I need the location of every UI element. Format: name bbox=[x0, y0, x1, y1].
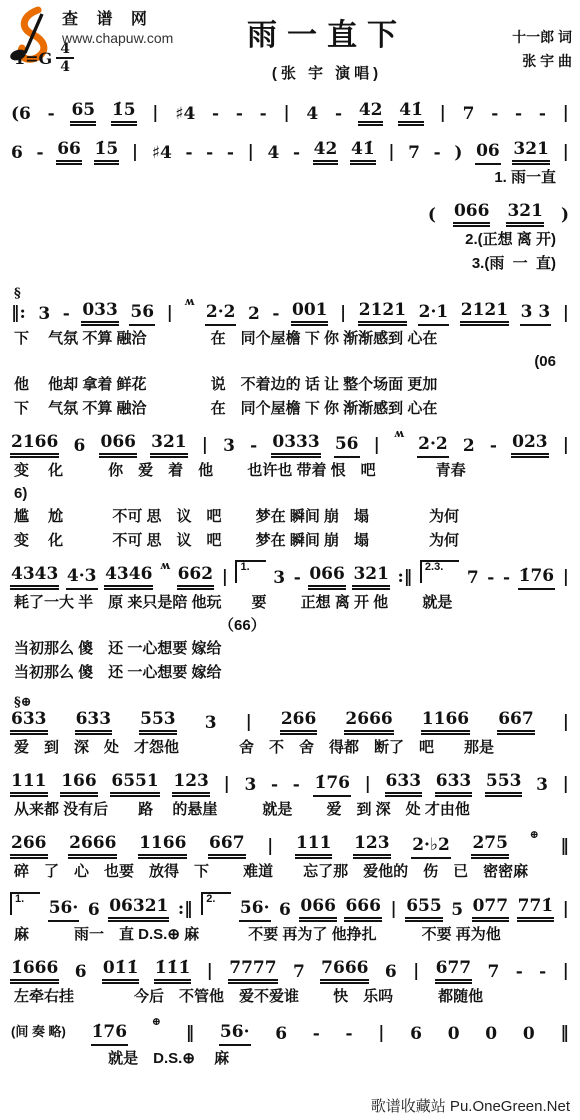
note-group: 0 bbox=[484, 1026, 498, 1046]
note-group: 6 bbox=[409, 1026, 423, 1046]
note-group: 6 bbox=[10, 145, 24, 165]
note-group: 3 bbox=[37, 306, 51, 326]
note-group: 033 bbox=[81, 302, 119, 326]
lyrics-line: 1. 雨一直 bbox=[14, 168, 570, 188]
note-group: - bbox=[36, 145, 45, 165]
note-group: 06321 bbox=[108, 898, 169, 922]
volta-bracket: 1. bbox=[235, 560, 265, 584]
barline: | bbox=[562, 901, 570, 922]
lyrics-line: 当初那么 傻 还 一心想要 嫁给 bbox=[14, 663, 570, 683]
barline: | bbox=[562, 963, 570, 984]
note-group: - bbox=[486, 570, 495, 590]
note-group: 6 bbox=[72, 438, 86, 458]
note-group: - bbox=[433, 145, 442, 165]
notation-line: 6-661̇5|♯4---|4-4241̇|7-)06321| bbox=[10, 139, 570, 165]
note-group: 7 bbox=[487, 964, 501, 984]
note-group: 1̇5 bbox=[94, 141, 120, 165]
barline: | bbox=[223, 776, 231, 797]
time-denominator: 4 bbox=[60, 59, 70, 74]
system-pickup: (066321)2.(正想 离 开)3.(雨 一 直) bbox=[10, 201, 570, 274]
note-group: - bbox=[538, 106, 547, 126]
note-group: 2666 bbox=[344, 711, 393, 735]
lyrics-line: 下 气氛 不算 融洽 在 同个屋檐 下 你 渐渐感到 心在 bbox=[14, 399, 570, 419]
note-group: 5 bbox=[450, 902, 464, 922]
note-group: - bbox=[205, 145, 214, 165]
note-group: 2121 bbox=[460, 302, 509, 326]
note-group: 066 bbox=[299, 898, 337, 922]
barline: | bbox=[562, 437, 570, 458]
note-group: 6 bbox=[87, 902, 101, 922]
barline: ‖ bbox=[559, 1025, 570, 1046]
note-group: 2166 bbox=[10, 434, 59, 458]
note-group: (6 bbox=[10, 106, 32, 126]
barline: | bbox=[206, 963, 214, 984]
note-group: 3 bbox=[535, 777, 549, 797]
lyrics-line: 就是 D.S.⊕ 麻 bbox=[14, 1049, 570, 1069]
barline: | bbox=[377, 1025, 385, 1046]
barline: | bbox=[389, 901, 397, 922]
note-group: - bbox=[249, 438, 258, 458]
system-coda: (间 奏 略)1̇76⊕‖56·6--|6000‖ 就是 D.S.⊕ 麻 bbox=[10, 1020, 570, 1069]
note-group: 111 bbox=[10, 773, 48, 797]
performer-subtitle: (张 宇 演唱) bbox=[178, 62, 476, 83]
note-group: 3 3 bbox=[520, 304, 552, 326]
lyrics-line: (06 bbox=[14, 352, 570, 372]
note-group: 275 bbox=[471, 835, 509, 859]
note-group: 56· bbox=[219, 1024, 251, 1046]
note-group: 0 bbox=[522, 1026, 536, 1046]
note-group: - bbox=[292, 777, 301, 797]
note-group: 266 bbox=[10, 835, 48, 859]
note-group: 667 bbox=[497, 711, 535, 735]
notation-line: 26626661166667|1111232·♭2275⊕‖ bbox=[10, 833, 570, 859]
note-group: 1̇5 bbox=[111, 102, 137, 126]
lyrics-line: 爱 到 深 处 才怨他 舍 不 舍 得都 断了 吧 那是 bbox=[14, 738, 570, 758]
note-group: 321 bbox=[512, 141, 550, 165]
note-group: 1̇666 bbox=[10, 960, 59, 984]
barline: | bbox=[439, 105, 447, 126]
notation-line: 1̇666601̇1̇1̇1̇1̇|7777776666|6777--| bbox=[10, 958, 570, 984]
lyrics-line: 麻 雨一 直 D.S.⊕ 麻 不要 再为了 他挣扎 不要 再为他 bbox=[14, 925, 570, 945]
note-group: 3 bbox=[204, 715, 218, 735]
chapuw-logo: 查 谱 网 www.chapuw.com 1=G 4 4 bbox=[8, 6, 178, 64]
note-group: 56· bbox=[239, 900, 271, 922]
lyrics-line: 变 化 不可 思 议 吧 梦在 瞬间 崩 塌 为何 bbox=[14, 531, 570, 551]
lyrics-line: 当初那么 傻 还 一心想要 嫁给 bbox=[14, 639, 570, 659]
note-group: - bbox=[184, 145, 193, 165]
note-group: 023 bbox=[511, 434, 549, 458]
barline: | bbox=[562, 714, 570, 735]
barline: | bbox=[245, 714, 253, 735]
inline-text-label: (间 奏 略) bbox=[10, 1025, 67, 1041]
note-group: 3 bbox=[243, 777, 257, 797]
lyrics-line: 碎 了 心 也要 放得 下 难道 忘了那 爱他的 伤 已 密密麻 bbox=[14, 862, 570, 882]
note-group: 6 bbox=[74, 964, 88, 984]
system-chorus-3: 26626661166667|1111232·♭2275⊕‖碎 了 心 也要 放… bbox=[10, 833, 570, 882]
system-intro-1: (6-651̇5|♯4---|4-4241̇|7---| bbox=[10, 100, 570, 126]
barline: | bbox=[412, 963, 420, 984]
note-group: 66 bbox=[56, 141, 82, 165]
note-group: - bbox=[514, 106, 523, 126]
note-group: 7666 bbox=[320, 960, 369, 984]
barline: :‖ bbox=[397, 569, 414, 590]
note-group: 321 bbox=[506, 203, 544, 227]
note-group: 633 bbox=[435, 773, 473, 797]
note-group: - bbox=[334, 106, 343, 126]
notation-line: ‖:3-03356|ʍ2·22-001|21212·121213 3| bbox=[10, 300, 570, 326]
note-group: 1166 bbox=[138, 835, 187, 859]
notation-line: 1.56·606321:‖2.56·6066666|6555077771̇| bbox=[10, 896, 570, 922]
barline: | bbox=[266, 838, 274, 859]
note-group: 077 bbox=[472, 898, 510, 922]
note-group: 3 bbox=[222, 438, 236, 458]
note-group: 7 bbox=[462, 106, 476, 126]
note-group: 633 bbox=[385, 773, 423, 797]
barline: ‖ bbox=[559, 838, 570, 859]
note-group: 65 bbox=[70, 102, 96, 126]
note-group: 06 bbox=[475, 143, 501, 165]
note-group: 677 bbox=[435, 960, 473, 984]
note-group: 667 bbox=[208, 835, 246, 859]
note-group: 4·3 bbox=[66, 568, 98, 590]
note-group: 655 bbox=[405, 898, 443, 922]
composer-credit: 张 宇 曲 bbox=[476, 50, 572, 74]
note-group: 123 bbox=[353, 835, 391, 859]
note-group: ♯4 bbox=[174, 106, 196, 126]
note-group: 111 bbox=[295, 835, 333, 859]
note-group: ) bbox=[453, 145, 463, 165]
note-group: - bbox=[47, 106, 56, 126]
note-group: 56· bbox=[48, 900, 80, 922]
system-chorus-4: 1.56·606321:‖2.56·6066666|6555077771̇|麻 … bbox=[10, 896, 570, 945]
note-group: - bbox=[538, 964, 547, 984]
barline: | bbox=[562, 105, 570, 126]
note-group: 2666 bbox=[68, 835, 117, 859]
note-group: - bbox=[211, 106, 220, 126]
note-group: - bbox=[489, 438, 498, 458]
note-group: 553 bbox=[485, 773, 523, 797]
footer-watermark: 歌谱收藏站 Pu.OneGreen.Net bbox=[371, 1095, 570, 1116]
note-group: 1̇76 bbox=[313, 775, 351, 797]
lyrics-line: 6) bbox=[14, 484, 570, 504]
note-group: 633 bbox=[75, 711, 113, 735]
note-group: 41̇ bbox=[350, 141, 376, 165]
note-group: - bbox=[312, 1026, 321, 1046]
key-label: 1=G bbox=[14, 49, 52, 68]
note-group: 666 bbox=[344, 898, 382, 922]
note-group: 1̇1̇1̇ bbox=[154, 960, 192, 984]
note-group: 42 bbox=[313, 141, 339, 165]
notation-line: (066321) bbox=[10, 201, 570, 227]
note-group: 4346 bbox=[104, 566, 153, 590]
note-group: 123 bbox=[172, 773, 210, 797]
note-group: 4343 bbox=[10, 566, 59, 590]
note-group: 771̇ bbox=[517, 898, 555, 922]
key-signature: 1=G 4 4 bbox=[14, 42, 74, 74]
score: (6-651̇5|♯4---|4-4241̇|7---|6-661̇5|♯4--… bbox=[8, 100, 572, 1069]
note-group: 2·♭2 bbox=[411, 837, 451, 859]
segno-coda-marks: §⊕ bbox=[14, 696, 570, 709]
barline: | bbox=[151, 105, 159, 126]
note-group: 662 bbox=[177, 566, 215, 590]
note-group: 0333 bbox=[271, 434, 320, 458]
lyrics-line: 从来都 没有后 路 的悬崖 就是 爱 到 深 处 才由他 bbox=[14, 800, 570, 820]
barline: | bbox=[201, 437, 209, 458]
note-group: 266 bbox=[280, 711, 318, 735]
header: 查 谱 网 www.chapuw.com 1=G 4 4 雨一直下 (张 宇 演… bbox=[8, 6, 572, 92]
note-group: 42 bbox=[358, 102, 384, 126]
segno-coda-marks: § bbox=[14, 287, 570, 300]
lyrics-line: 2.(正想 离 开) bbox=[14, 230, 570, 250]
volta-bracket: 1. bbox=[10, 892, 40, 916]
volta-bracket: 2.3. bbox=[420, 560, 459, 584]
logo-site-name: 查 谱 网 bbox=[62, 6, 173, 29]
barline: | bbox=[364, 776, 372, 797]
lyrics-line: 他 他却 拿着 鲜花 说 不着边的 话 让 整个场面 更加 bbox=[14, 375, 570, 395]
lyrics-line: 尴 尬 不可 思 议 吧 梦在 瞬间 崩 塌 为何 bbox=[14, 507, 570, 527]
note-group: 066 bbox=[453, 203, 491, 227]
lyricist-credit: 十一郎 词 bbox=[476, 26, 572, 50]
note-group: - bbox=[502, 570, 511, 590]
note-group: 001 bbox=[291, 302, 329, 326]
lyrics-line: 3.(雨 一 直) bbox=[14, 254, 570, 274]
note-group: ♯4 bbox=[151, 145, 173, 165]
system-chorus-2: 1111666551123|3--1̇76|6336335533|从来都 没有后… bbox=[10, 771, 570, 820]
system-verse-2: 21666066321|3-033356|ʍ2·22-023|变 化 你 爱 着… bbox=[10, 432, 570, 551]
note-group: 066 bbox=[99, 434, 137, 458]
barline: ‖: bbox=[10, 305, 27, 326]
lyrics-line: 耗了一大 半 原 来只是陪 他玩 要 正想 离 开 他 就是 bbox=[14, 593, 570, 613]
note-group: - bbox=[270, 777, 279, 797]
note-group: 4 bbox=[266, 145, 280, 165]
notation-line: 6336335533|26626661166667| bbox=[10, 709, 570, 735]
note-group: - bbox=[271, 306, 280, 326]
system-verse-3: 43434·34346ʍ662|1.3-066321:‖2.3.7--1̇76|… bbox=[10, 564, 570, 683]
note-group: - bbox=[345, 1026, 354, 1046]
note-group: 633 bbox=[10, 711, 48, 735]
note-group: 6551 bbox=[110, 773, 159, 797]
lyrics-line: 左牵右挂 今后 不管他 爱不爱谁 快 乐吗 都随他 bbox=[14, 987, 570, 1007]
note-group: 56 bbox=[334, 436, 360, 458]
notation-line: (6-651̇5|♯4---|4-4241̇|7---| bbox=[10, 100, 570, 126]
sheet-music-page: 查 谱 网 www.chapuw.com 1=G 4 4 雨一直下 (张 宇 演… bbox=[0, 0, 580, 1069]
notation-line: 21666066321|3-033356|ʍ2·22-023| bbox=[10, 432, 570, 458]
barline: :‖ bbox=[177, 901, 194, 922]
notation-line: 1111666551123|3--1̇76|6336335533| bbox=[10, 771, 570, 797]
note-group: 01̇1̇ bbox=[102, 960, 140, 984]
note-group: 6 bbox=[278, 902, 292, 922]
barline: | bbox=[166, 305, 174, 326]
note-group: 1166 bbox=[421, 711, 470, 735]
note-group: 41̇ bbox=[398, 102, 424, 126]
note-group: - bbox=[235, 106, 244, 126]
time-numerator: 4 bbox=[56, 42, 74, 59]
note-group: - bbox=[293, 570, 302, 590]
barline: ‖ bbox=[185, 1025, 196, 1046]
note-group: 2 bbox=[247, 306, 261, 326]
system-verse-1: §‖:3-03356|ʍ2·22-001|21212·121213 3|下 气氛… bbox=[10, 287, 570, 419]
note-group: 2·2 bbox=[205, 304, 237, 326]
ornament-mark: ʍ bbox=[184, 296, 194, 308]
time-signature: 4 4 bbox=[56, 42, 74, 74]
note-group: - bbox=[226, 145, 235, 165]
note-group: - bbox=[292, 145, 301, 165]
note-group: - bbox=[490, 106, 499, 126]
notation-line: 43434·34346ʍ662|1.3-066321:‖2.3.7--1̇76| bbox=[10, 564, 570, 590]
note-group: 56 bbox=[129, 304, 155, 326]
system-chorus-5: 1̇666601̇1̇1̇1̇1̇|7777776666|6777--|左牵右挂… bbox=[10, 958, 570, 1007]
note-group: 7 bbox=[466, 570, 480, 590]
barline: | bbox=[387, 144, 395, 165]
note-group: - bbox=[62, 306, 71, 326]
note-group: 0 bbox=[447, 1026, 461, 1046]
note-group: 3 bbox=[272, 570, 286, 590]
ornament-mark: ⊕ bbox=[530, 829, 539, 841]
note-group: ( bbox=[427, 207, 437, 227]
lyrics-line: 下 气氛 不算 融洽 在 同个屋檐 下 你 渐渐感到 心在 bbox=[14, 329, 570, 349]
note-group: 6 bbox=[384, 964, 398, 984]
note-group: 321 bbox=[352, 566, 390, 590]
ornament-mark: ʍ bbox=[160, 560, 170, 572]
note-group: 6 bbox=[274, 1026, 288, 1046]
logo-text: 查 谱 网 www.chapuw.com bbox=[62, 6, 173, 46]
note-group: - bbox=[515, 964, 524, 984]
note-group: 166 bbox=[60, 773, 98, 797]
barline: | bbox=[562, 144, 570, 165]
note-group: 066 bbox=[308, 566, 346, 590]
lyrics-line: （66） bbox=[14, 616, 570, 636]
note-group: 7 bbox=[292, 964, 306, 984]
ornament-mark: ʍ bbox=[394, 428, 404, 440]
note-group: ) bbox=[560, 207, 570, 227]
note-group: 1̇76 bbox=[91, 1024, 129, 1046]
note-group: 7 bbox=[407, 145, 421, 165]
system-intro-2: 6-661̇5|♯4---|4-4241̇|7-)06321|1. 雨一直 bbox=[10, 139, 570, 188]
credits: 十一郎 词 张 宇 曲 bbox=[476, 6, 572, 74]
note-group: 2·2 bbox=[417, 436, 449, 458]
notation-line: (间 奏 略)1̇76⊕‖56·6--|6000‖ bbox=[10, 1020, 570, 1046]
volta-bracket: 2. bbox=[201, 892, 231, 916]
barline: | bbox=[247, 144, 255, 165]
note-group: 321 bbox=[150, 434, 188, 458]
ornament-mark: ⊕ bbox=[152, 1016, 161, 1028]
barline: | bbox=[131, 144, 139, 165]
barline: | bbox=[282, 105, 290, 126]
system-chorus-1: §⊕6336335533|26626661166667|爱 到 深 处 才怨他 … bbox=[10, 696, 570, 758]
note-group: 4 bbox=[305, 106, 319, 126]
barline: | bbox=[339, 305, 347, 326]
note-group: 2 bbox=[462, 438, 476, 458]
barline: | bbox=[373, 437, 381, 458]
title-block: 雨一直下 (张 宇 演唱) bbox=[178, 6, 476, 83]
barline: | bbox=[562, 569, 570, 590]
note-group: 7777 bbox=[228, 960, 277, 984]
note-group: 1̇76 bbox=[518, 568, 556, 590]
barline: | bbox=[562, 776, 570, 797]
lyrics-line: 变 化 你 爱 着 他 也许也 带着 恨 吧 青春 bbox=[14, 461, 570, 481]
note-group: 2·1 bbox=[418, 304, 450, 326]
note-group: 553 bbox=[139, 711, 177, 735]
song-title: 雨一直下 bbox=[178, 10, 476, 54]
barline: | bbox=[221, 569, 229, 590]
note-group: 2121 bbox=[358, 302, 407, 326]
note-group: - bbox=[259, 106, 268, 126]
logo-site-url: www.chapuw.com bbox=[62, 30, 173, 46]
barline: | bbox=[562, 305, 570, 326]
